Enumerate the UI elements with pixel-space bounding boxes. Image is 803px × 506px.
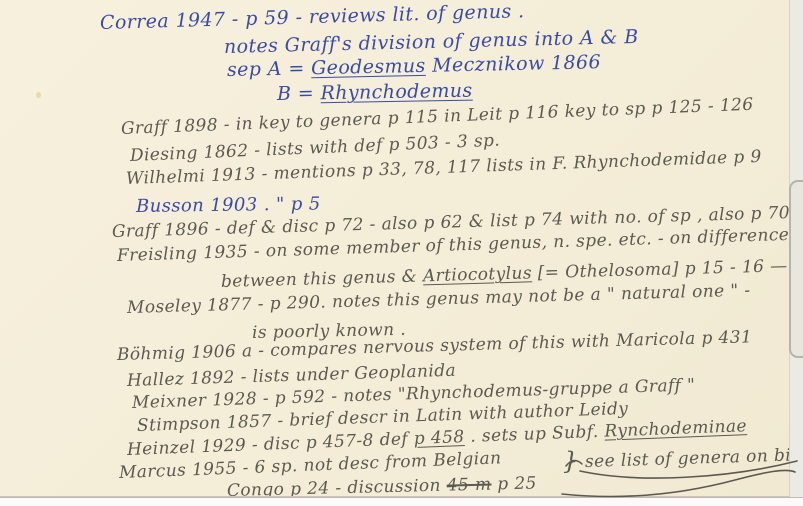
handwritten-line: see list of genera on bibl. card , (585, 443, 790, 472)
card-edge-behind (789, 180, 803, 358)
index-card: Correa 1947 - p 59 - reviews lit. of gen… (0, 0, 790, 497)
handwritten-text: between this genus & (221, 266, 424, 292)
handwritten-text: p 25 (491, 473, 537, 494)
handwritten-text: B = (277, 82, 321, 105)
handwritten-text: Correa 1947 - p 59 - reviews lit. of gen… (100, 0, 525, 34)
handwritten-text: [= Othelosoma] p 15 - 16 — (532, 256, 788, 283)
handwritten-text: . sets up Subf. (464, 422, 605, 447)
handwritten-text: } (563, 447, 579, 475)
handwritten-text: Böhmig 1906 a - compares nervous system … (117, 327, 753, 365)
paper-speck (36, 92, 41, 98)
underlined-text: Geodesmus (311, 55, 426, 79)
handwritten-text: Busson 1903 . " p 5 (136, 193, 321, 217)
scanner-bottom-strip (0, 497, 803, 506)
handwritten-line: Busson 1903 . " p 5 (136, 193, 321, 217)
handwritten-text: Congo p 24 - discussion (227, 476, 447, 497)
handwritten-text: see list of genera on bibl. card , (585, 443, 790, 472)
handwritten-line: B = Rhynchodemus (277, 80, 473, 105)
handwritten-line: Böhmig 1906 a - compares nervous system … (117, 327, 753, 365)
underlined-text: p 458 (413, 427, 464, 449)
handwritten-line: } (563, 447, 579, 475)
handwritten-line: Correa 1947 - p 59 - reviews lit. of gen… (100, 0, 525, 34)
handwritten-text: Mecznikow 1866 (425, 51, 601, 77)
underlined-text: Rynchodeminae (604, 416, 747, 441)
struck-text: 45 m (446, 475, 491, 496)
scan-background: Correa 1947 - p 59 - reviews lit. of gen… (0, 0, 803, 506)
underlined-text: Rhynchodemus (320, 80, 472, 105)
underlined-text: Artiocotylus (423, 263, 533, 286)
handwritten-text: sep A = (227, 57, 312, 81)
